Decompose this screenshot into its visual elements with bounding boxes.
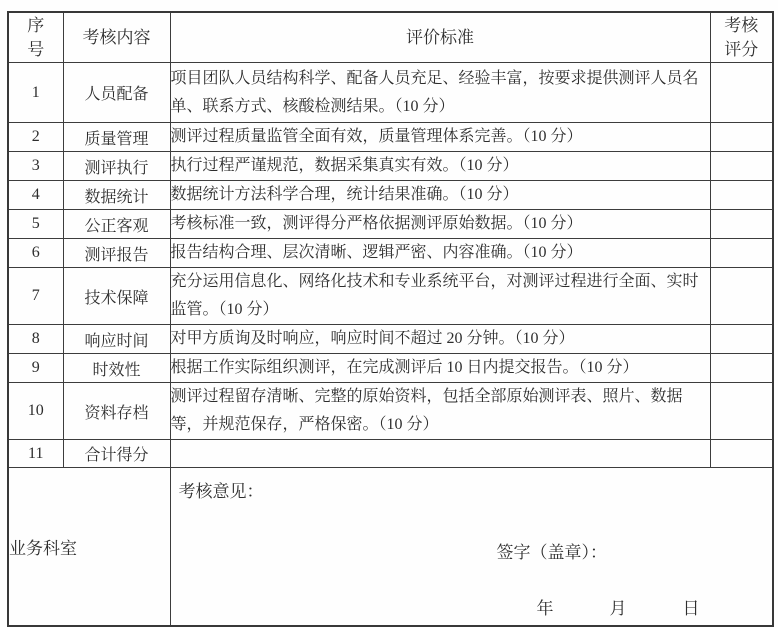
content-cell: 合计得分 [63,440,170,468]
criteria-cell [170,440,710,468]
department-cell: 业务科室 [8,468,170,627]
serial-cell: 5 [8,210,63,239]
date-gap [627,594,683,619]
year-label: 年 [537,594,554,619]
serial-cell: 4 [8,181,63,210]
header-row: 序 号 考核内容 评价标准 考核 评分 [8,12,773,63]
serial-cell: 3 [8,152,63,181]
date-gap [554,594,610,619]
criteria-cell: 充分运用信息化、网络化技术和专业系统平台，对测评过程进行全面、实时监管。（10 … [170,268,710,325]
serial-cell: 9 [8,354,63,383]
table-row: 11 合计得分 [8,440,773,468]
content-cell: 技术保障 [63,268,170,325]
table-row: 6 测评报告 报告结构合理、层次清晰、逻辑严密、内容准确。（10 分） [8,239,773,268]
table-row: 4 数据统计 数据统计方法科学合理，统计结果准确。（10 分） [8,181,773,210]
date-line: 年 月 日 [537,594,700,619]
month-label: 月 [610,594,627,619]
serial-cell: 7 [8,268,63,325]
criteria-cell: 测评过程质量监管全面有效，质量管理体系完善。（10 分） [170,123,710,152]
col-header-serial: 序 号 [8,12,63,63]
table-row: 8 响应时间 对甲方质询及时响应，响应时间不超过 20 分钟。（10 分） [8,325,773,354]
content-cell: 资料存档 [63,383,170,440]
criteria-cell: 数据统计方法科学合理，统计结果准确。（10 分） [170,181,710,210]
opinion-label: 考核意见： [179,477,264,502]
criteria-cell: 项目团队人员结构科学、配备人员充足、经验丰富，按要求提供测评人员名单、联系方式、… [170,63,710,123]
content-cell: 响应时间 [63,325,170,354]
content-cell: 质量管理 [63,123,170,152]
criteria-cell: 考核标准一致，测评得分严格依据测评原始数据。（10 分） [170,210,710,239]
serial-cell: 11 [8,440,63,468]
score-cell [710,354,773,383]
col-header-criteria: 评价标准 [170,12,710,63]
score-cell [710,210,773,239]
content-cell: 测评报告 [63,239,170,268]
content-cell: 公正客观 [63,210,170,239]
serial-cell: 8 [8,325,63,354]
score-cell [710,325,773,354]
score-cell [710,383,773,440]
col-header-content: 考核内容 [63,12,170,63]
table-row: 1 人员配备 项目团队人员结构科学、配备人员充足、经验丰富，按要求提供测评人员名… [8,63,773,123]
score-cell [710,123,773,152]
criteria-cell: 执行过程严谨规范，数据采集真实有效。（10 分） [170,152,710,181]
score-cell [710,268,773,325]
document-sheet: 序 号 考核内容 评价标准 考核 评分 1 人员配备 项目团队人员结构科学、配备… [7,11,774,627]
assessment-table: 序 号 考核内容 评价标准 考核 评分 1 人员配备 项目团队人员结构科学、配备… [7,11,774,627]
signature-label: 签字（盖章）： [497,538,608,563]
score-cell [710,239,773,268]
score-cell [710,152,773,181]
col-header-score: 考核 评分 [710,12,773,63]
serial-cell: 2 [8,123,63,152]
content-cell: 人员配备 [63,63,170,123]
table-row: 5 公正客观 考核标准一致，测评得分严格依据测评原始数据。（10 分） [8,210,773,239]
serial-cell: 1 [8,63,63,123]
criteria-cell: 根据工作实际组织测评，在完成测评后 10 日内提交报告。（10 分） [170,354,710,383]
score-cell [710,181,773,210]
table-row: 9 时效性 根据工作实际组织测评，在完成测评后 10 日内提交报告。（10 分） [8,354,773,383]
table-row: 10 资料存档 测评过程留存清晰、完整的原始资料，包括全部原始测评表、照片、数据… [8,383,773,440]
serial-cell: 10 [8,383,63,440]
content-cell: 数据统计 [63,181,170,210]
criteria-cell: 对甲方质询及时响应，响应时间不超过 20 分钟。（10 分） [170,325,710,354]
score-cell [710,63,773,123]
criteria-cell: 测评过程留存清晰、完整的原始资料，包括全部原始测评表、照片、数据等，并规范保存，… [170,383,710,440]
content-cell: 测评执行 [63,152,170,181]
opinion-cell: 考核意见： 签字（盖章）： 年 月 日 [170,468,773,627]
score-cell [710,440,773,468]
table-row: 3 测评执行 执行过程严谨规范，数据采集真实有效。（10 分） [8,152,773,181]
footer-row: 业务科室 考核意见： 签字（盖章）： 年 月 日 [8,468,773,627]
day-label: 日 [683,594,700,619]
table-row: 2 质量管理 测评过程质量监管全面有效，质量管理体系完善。（10 分） [8,123,773,152]
serial-cell: 6 [8,239,63,268]
content-cell: 时效性 [63,354,170,383]
criteria-cell: 报告结构合理、层次清晰、逻辑严密、内容准确。（10 分） [170,239,710,268]
table-row: 7 技术保障 充分运用信息化、网络化技术和专业系统平台，对测评过程进行全面、实时… [8,268,773,325]
